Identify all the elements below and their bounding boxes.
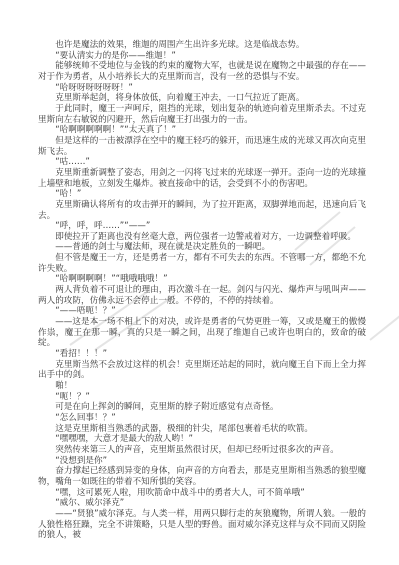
paragraph: 克里斯当然不会放过这样的机会！克里斯还站起的同时，就向魔王自下而上全力挥出手中的… [38, 360, 366, 381]
paragraph: ——这是本一场不相上下的对决，或许是勇者的气势更胜一筹，又或是魔王的傲慢作祟，魔… [38, 317, 366, 349]
paragraph: “没想到是你” [38, 456, 366, 467]
novel-text: 也许是魔法的效果，维迦的周围产生出许多光球。这是临战态势。“要认清实力的是你——… [38, 40, 366, 541]
paragraph: “怎么回事！？” [38, 413, 366, 424]
paragraph: ——“贤狼”威尔泽克。与人类一样，用两只脚行走的灰狼魔物，所谓人狼。一般的人狼性… [38, 509, 366, 541]
paragraph: 突然传来第三人的声音，克里斯虽然很讨厌，但却已经听过很多次的声音。 [38, 445, 366, 456]
paragraph: 即使拉开了距离也没有丝毫大意，两位强者一边警戒着对方，一边调整着呼吸。 [38, 232, 366, 243]
paragraph: “要认清实力的是你——维迦！” [38, 51, 366, 62]
paragraph: 但是这样的一击被漂浮在空中的魔王轻巧的躲开，而迅速生成的光球又再次向克里斯飞去。 [38, 136, 366, 157]
paragraph: 克里斯举起剑，将身体放低，向着魔王冲去，一口气拉近了距离。 [38, 93, 366, 104]
paragraph: “咕……” [38, 157, 366, 168]
paragraph: 于此同时，魔王一声呵斥，阻挡的光球，划出复杂的轨迹向着克里斯杀去。不过克里斯向左… [38, 104, 366, 125]
paragraph: “哈啊啊啊啊！”“哦哦哦哦！” [38, 274, 366, 285]
paragraph: “呃！？” [38, 392, 366, 403]
paragraph: “嘿嘿嘿，大意才是最大的敌人哟！” [38, 434, 366, 445]
paragraph: “嘿，这可累死人啦，用吹箭命中战斗中的勇者大人，可不简单哦” [38, 488, 366, 499]
paragraph: 克里斯重新调整了姿态，用剑之一闪将飞过来的光球逐一弹开。歪向一边的光球撞上墙壁和… [38, 168, 366, 189]
paragraph: ——普通的剑士与魔法师，现在就是决定胜负的一瞬吧。 [38, 242, 366, 253]
paragraph: “哈啊啊啊啊啊！”“太天真了！” [38, 125, 366, 136]
paragraph: 也许是魔法的效果，维迦的周围产生出许多光球。这是临战态势。 [38, 40, 366, 51]
paragraph: “哈！” [38, 189, 366, 200]
paragraph: 这是克里斯相当熟悉的武器，极细的针尖，尾部包裹着毛状的吹箭。 [38, 424, 366, 435]
paragraph: “哈呀呀呀呀呀呀！” [38, 83, 366, 94]
paragraph: 但不管是魔王一方，还是勇者一方，都有不可失去的东西。不管哪一方，都绝不允许失败。 [38, 253, 366, 274]
paragraph: “威尔、威尔泽克” [38, 498, 366, 509]
paragraph: 克里斯确认将所有的攻击弹开的瞬间，为了拉开距离，双脚弹地而起，迅速向后飞去。 [38, 200, 366, 221]
paragraph: 能够统帅不受地位与金钱的约束的魔物大军，也就是说在魔物之中最强的存在——对于作为… [38, 61, 366, 82]
paragraph: “呼，呼，呼……”“——” [38, 221, 366, 232]
paragraph: “——唔呃！？” [38, 306, 366, 317]
paragraph: 啪！ [38, 381, 366, 392]
paragraph: 奋力撑起已经感到异变的身体，向声音的方向看去，那是克里斯相当熟悉的狼型魔物，嘴角… [38, 466, 366, 487]
paragraph: “看招！！！” [38, 349, 366, 360]
novel-page: 也许是魔法的效果，维迦的周围产生出许多光球。这是临战态势。“要认清实力的是你——… [0, 0, 399, 565]
paragraph: 可是在向上挥剑的瞬间，克里斯的脖子附近感觉有点奇怪。 [38, 402, 366, 413]
paragraph: 两人背负着不可退让的理由，再次激斗在一起。剑闪与闪光、爆炸声与吼叫声——两人的攻… [38, 285, 366, 306]
